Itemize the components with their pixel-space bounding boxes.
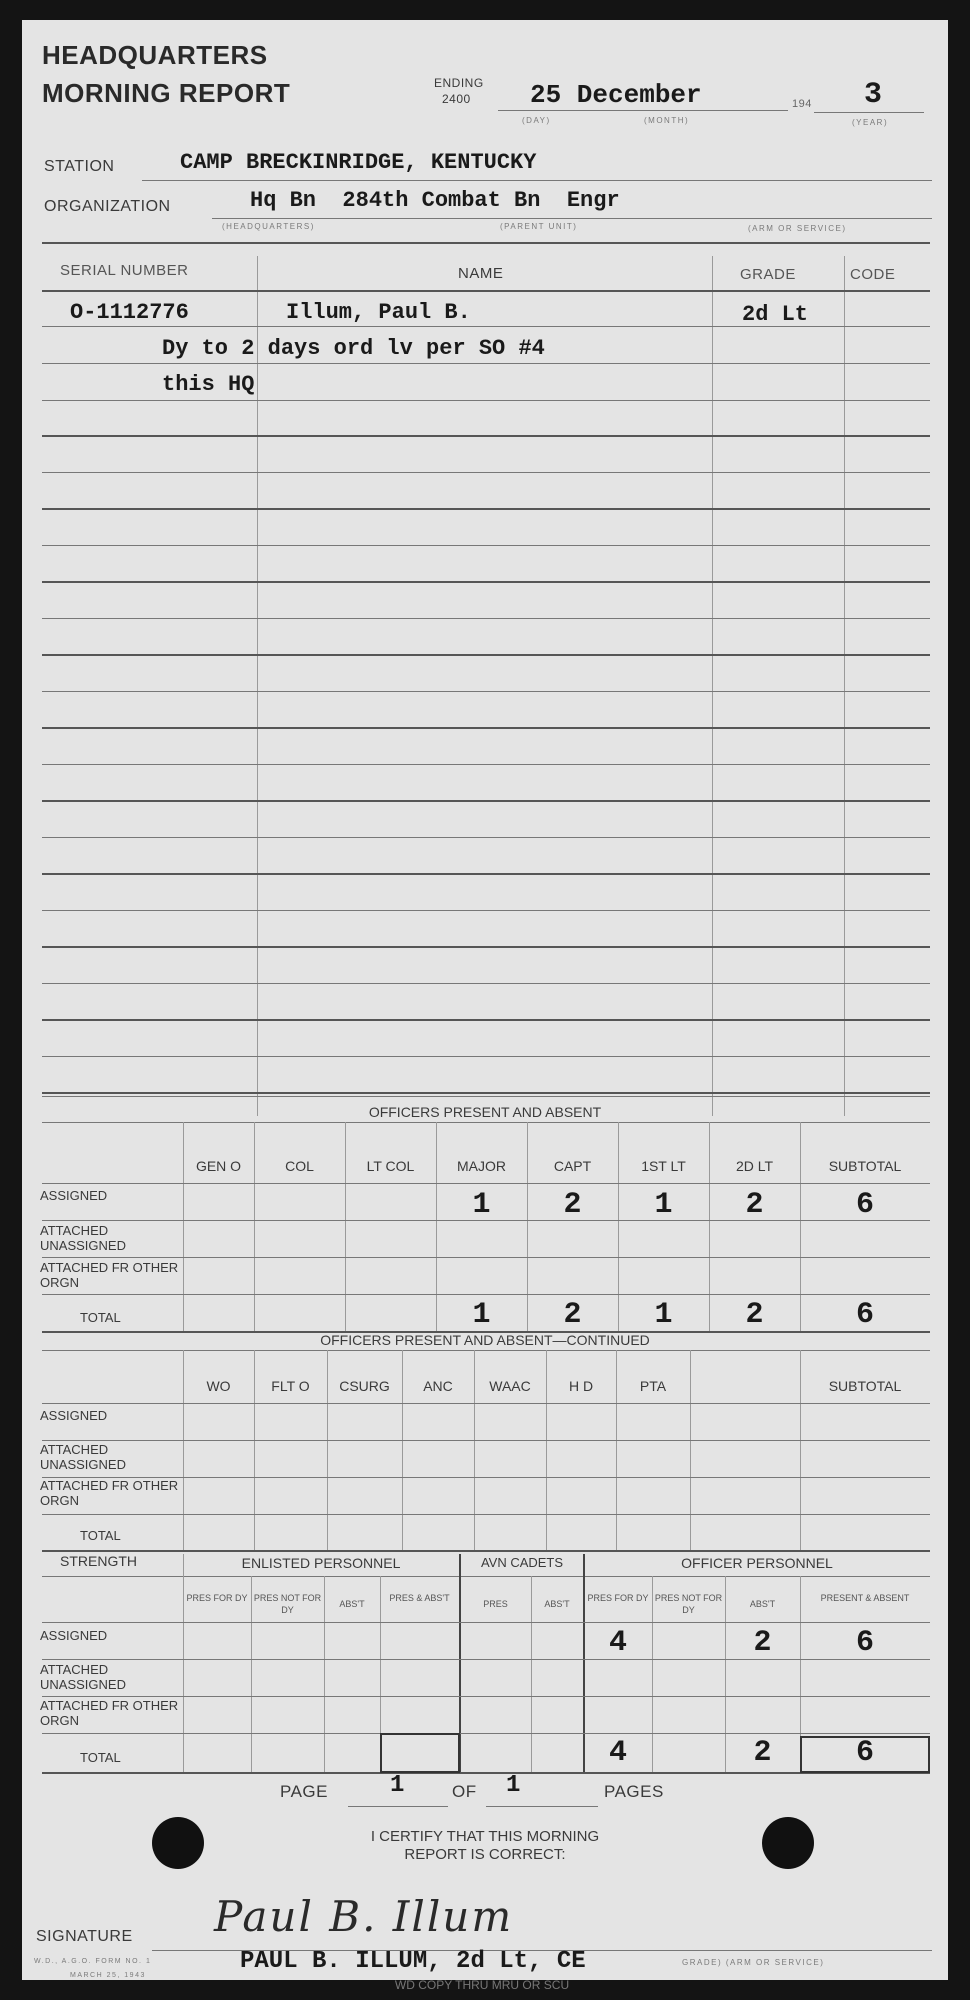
row-label-attached-unassigned: ATTACHED UNASSIGNED (40, 1442, 180, 1472)
cell-total-2d-lt: 2 (709, 1298, 800, 1332)
sub-cadets-pres: PRES (460, 1598, 531, 1610)
entry-serial: O-1112776 (70, 300, 189, 325)
rule (42, 1019, 930, 1021)
cell-assigned-subtotal: 6 (800, 1188, 930, 1222)
cell-assigned-off-abst: 2 (725, 1626, 800, 1660)
month-caption: (MONTH) (644, 116, 689, 125)
wd-copy-note: WD COPY THRU MRU OR SCU (332, 1978, 632, 1992)
rule (42, 1183, 930, 1184)
page-value: 1 (390, 1772, 404, 1799)
cell-assigned-1st-lt: 1 (618, 1188, 709, 1222)
rule (42, 983, 930, 984)
officers-table-title: OFFICERS PRESENT AND ABSENT (22, 1104, 948, 1120)
remark-line-1: Dy to 2 days ord lv per SO #4 (162, 336, 545, 361)
row-label-attached-fr-other: ATTACHED FR OTHER ORGN (40, 1260, 180, 1290)
rule (42, 1403, 930, 1404)
row-label-assigned: ASSIGNED (40, 1628, 107, 1643)
rule (42, 1440, 930, 1441)
morning-report-form: HEADQUARTERS MORNING REPORT ENDING 2400 … (22, 20, 948, 1980)
sub-pres-for-dy: PRES FOR DY (183, 1592, 251, 1604)
rule (42, 472, 930, 473)
rule (42, 1622, 930, 1623)
rule (42, 1514, 930, 1515)
rule (42, 400, 930, 401)
col-divider (254, 1122, 255, 1332)
time-label: 2400 (442, 92, 471, 106)
rule (42, 1733, 930, 1734)
rule (42, 242, 930, 244)
col-col: COL (254, 1158, 345, 1174)
certify-line-1: I CERTIFY THAT THIS MORNING (22, 1828, 948, 1845)
rule (42, 290, 930, 292)
page-underline (348, 1806, 448, 1807)
cell-total-capt: 2 (527, 1298, 618, 1332)
organization-label: ORGANIZATION (44, 198, 171, 216)
rule (42, 363, 930, 364)
cell-assigned-off-present-absent: 6 (800, 1626, 930, 1660)
certify-line-2: REPORT IS CORRECT: (22, 1846, 948, 1863)
row-label-total: TOTAL (80, 1528, 121, 1543)
rule (42, 1294, 930, 1295)
col-divider (257, 256, 258, 1116)
col-lt-col: LT COL (345, 1158, 436, 1174)
rule (42, 1350, 930, 1351)
rule (42, 1550, 930, 1552)
rule (42, 1772, 930, 1774)
col-divider (712, 256, 713, 1116)
col-divider (183, 1554, 184, 1772)
col-2d-lt: 2D LT (709, 1158, 800, 1174)
year-caption: (YEAR) (852, 118, 888, 127)
col-capt: CAPT (527, 1158, 618, 1174)
cell-total-1st-lt: 1 (618, 1298, 709, 1332)
form-title-morning-report: MORNING REPORT (42, 78, 290, 109)
cell-assigned-major: 1 (436, 1188, 527, 1222)
station-underline (142, 180, 932, 181)
handwritten-signature: Paul B. Illum (214, 1892, 513, 1941)
col-gen-o: GEN O (183, 1158, 254, 1174)
rule (42, 1576, 930, 1577)
strength-label: STRENGTH (60, 1554, 137, 1569)
of-label: OF (452, 1782, 477, 1802)
cell-total-subtotal: 6 (800, 1298, 930, 1332)
col-name: NAME (458, 265, 503, 282)
entry-grade: 2d Lt (742, 302, 808, 327)
rule (42, 435, 930, 437)
cell-assigned-off-pres-for-dy: 4 (584, 1626, 652, 1660)
rule (42, 326, 930, 327)
rule (42, 946, 930, 948)
col-major: MAJOR (436, 1158, 527, 1174)
officers-continued-title: OFFICERS PRESENT AND ABSENT—CONTINUED (22, 1332, 948, 1348)
cell-total-off-pres-for-dy: 4 (584, 1736, 652, 1770)
rule (42, 618, 930, 619)
sub-pres-not-for-dy: PRES NOT FOR DY (251, 1592, 324, 1616)
form-number: W.D., A.G.O. FORM NO. 1 (34, 1958, 151, 1965)
row-label-assigned: ASSIGNED (40, 1188, 107, 1203)
row-label-attached-fr-other: ATTACHED FR OTHER ORGN (40, 1478, 180, 1508)
col-subtotal: SUBTOTAL (800, 1158, 930, 1174)
col-hd: H D (546, 1378, 616, 1394)
caption-headquarters: (HEADQUARTERS) (222, 222, 315, 231)
group-avn-cadets: AVN CADETS (460, 1555, 584, 1570)
rule (42, 1092, 930, 1094)
col-wo: WO (183, 1378, 254, 1394)
sub-off-pres-not-for-dy: PRES NOT FOR DY (652, 1592, 725, 1616)
caption-arm-service: (ARM OR SERVICE) (748, 224, 847, 233)
year-prefix: 194 (792, 98, 812, 110)
grade-arm-caption: GRADE) (ARM OR SERVICE) (682, 1958, 824, 1967)
station-label: STATION (44, 158, 114, 176)
row-label-total: TOTAL (80, 1310, 121, 1325)
rule (42, 1056, 930, 1057)
cell-total-major: 1 (436, 1298, 527, 1332)
col-pta: PTA (616, 1378, 690, 1394)
form-title-headquarters: HEADQUARTERS (42, 40, 268, 71)
cell-total-off-present-absent: 6 (800, 1736, 930, 1770)
organization-value: Hq Bn 284th Combat Bn Engr (250, 188, 620, 213)
rule (42, 581, 930, 583)
station-value: CAMP BRECKINRIDGE, KENTUCKY (180, 150, 536, 175)
date-value: 25 December (530, 80, 702, 110)
rule (42, 837, 930, 838)
day-caption: (DAY) (522, 116, 551, 125)
col-anc: ANC (402, 1378, 474, 1394)
cell-total-off-abst: 2 (725, 1736, 800, 1770)
typed-name: PAUL B. ILLUM, 2d Lt, CE (240, 1948, 586, 1975)
sub-off-present-absent: PRESENT & ABSENT (800, 1592, 930, 1604)
row-label-attached-unassigned: ATTACHED UNASSIGNED (40, 1662, 180, 1692)
sub-cadets-abst: ABS'T (531, 1598, 583, 1610)
col-csurg: CSURG (327, 1378, 402, 1394)
organization-underline (212, 218, 932, 219)
row-label-attached-fr-other: ATTACHED FR OTHER ORGN (40, 1698, 180, 1728)
sub-off-pres-for-dy: PRES FOR DY (584, 1592, 652, 1604)
sub-pres-and-abst: PRES & ABS'T (380, 1592, 459, 1604)
year-value: 3 (864, 78, 882, 112)
row-label-total: TOTAL (80, 1750, 121, 1765)
col-flt-o: FLT O (254, 1378, 327, 1394)
rule (42, 654, 930, 656)
rule (42, 1257, 930, 1258)
col-subtotal-continued: SUBTOTAL (800, 1378, 930, 1394)
rule (42, 508, 930, 510)
rule (42, 691, 930, 692)
total-pages-value: 1 (506, 1772, 520, 1799)
form-date: MARCH 25, 1943 (70, 1972, 146, 1979)
signature-label: SIGNATURE (36, 1928, 133, 1946)
row-label-attached-unassigned: ATTACHED UNASSIGNED (40, 1223, 180, 1253)
entry-name: Illum, Paul B. (286, 300, 471, 325)
rule (42, 727, 930, 729)
col-divider (183, 1122, 184, 1332)
ending-label: ENDING (434, 76, 484, 90)
rule (42, 800, 930, 802)
group-officer-personnel: OFFICER PERSONNEL (584, 1555, 930, 1571)
pages-underline (486, 1806, 598, 1807)
col-waac: WAAC (474, 1378, 546, 1394)
group-enlisted-personnel: ENLISTED PERSONNEL (183, 1555, 459, 1571)
page-label: PAGE (280, 1782, 328, 1802)
col-grade: GRADE (740, 266, 796, 283)
caption-parent-unit: (PARENT UNIT) (500, 222, 577, 231)
row-label-assigned: ASSIGNED (40, 1408, 107, 1423)
rule (42, 1096, 930, 1097)
remark-line-2: this HQ (162, 372, 254, 397)
rule (42, 1696, 930, 1697)
col-divider (844, 256, 845, 1116)
rule (42, 545, 930, 546)
pages-label: PAGES (604, 1782, 664, 1802)
enlisted-total-box (380, 1733, 460, 1773)
rule (42, 873, 930, 875)
cell-assigned-2d-lt: 2 (709, 1188, 800, 1222)
col-code: CODE (850, 266, 895, 283)
sub-off-abst: ABS'T (725, 1598, 800, 1610)
col-divider (345, 1122, 346, 1332)
rule (42, 764, 930, 765)
col-1st-lt: 1ST LT (618, 1158, 709, 1174)
col-divider (690, 1350, 691, 1550)
cell-assigned-capt: 2 (527, 1188, 618, 1222)
sub-abst: ABS'T (324, 1598, 380, 1610)
col-serial-number: SERIAL NUMBER (60, 262, 188, 279)
date-underline (498, 110, 788, 111)
rule (42, 1122, 930, 1123)
year-underline (814, 112, 924, 113)
rule (42, 910, 930, 911)
